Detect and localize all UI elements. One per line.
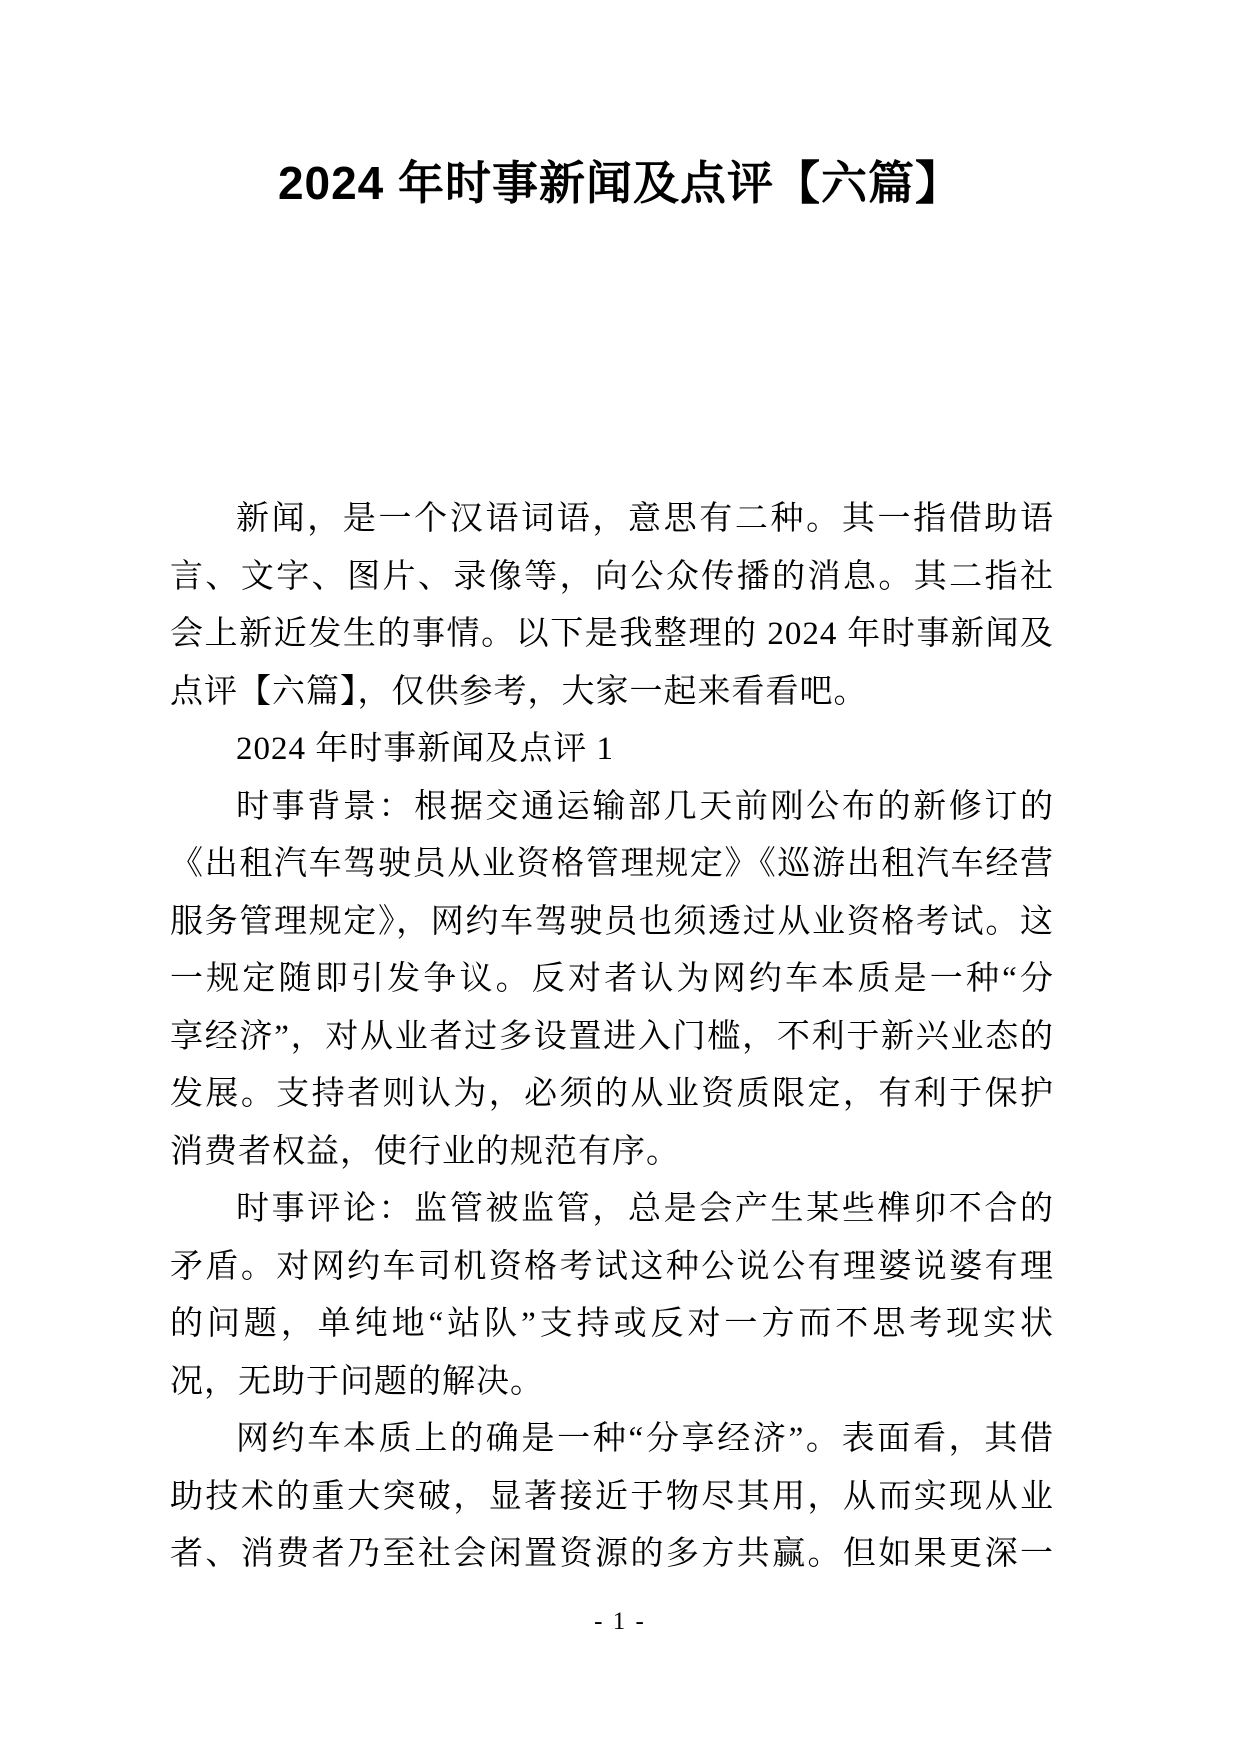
text-line: 会上新近发生的事情。以下是我整理的 2024 年时事新闻及 — [170, 606, 1054, 664]
text-line section-heading: 2024 年时事新闻及点评 1 — [170, 721, 1054, 779]
document-title: 2024 年时事新闻及点评【六篇】 — [0, 152, 1240, 214]
text-line: 点评【六篇】，仅供参考，大家一起来看看吧。 — [170, 664, 1054, 722]
page-number: - 1 - — [0, 1608, 1240, 1636]
text-line: 网约车本质上的确是一种“分享经济”。表面看，其借 — [170, 1411, 1054, 1469]
text-line: 言、文字、图片、录像等，向公众传播的消息。其二指社 — [170, 549, 1054, 607]
text-line: 一规定随即引发争议。反对者认为网约车本质是一种“分 — [170, 951, 1054, 1009]
text-line: 助技术的重大突破，显著接近于物尽其用，从而实现从业 — [170, 1469, 1054, 1527]
text-line: 矛盾。对网约车司机资格考试这种公说公有理婆说婆有理 — [170, 1239, 1054, 1297]
text-line: 的问题，单纯地“站队”支持或反对一方而不思考现实状 — [170, 1296, 1054, 1354]
text-line: 时事背景：根据交通运输部几天前刚公布的新修订的 — [170, 779, 1054, 837]
text-line: 发展。支持者则认为，必须的从业资质限定，有利于保护 — [170, 1066, 1054, 1124]
text-line: 况，无助于问题的解决。 — [170, 1354, 1054, 1412]
text-line: 享经济”，对从业者过多设置进入门槛，不利于新兴业态的 — [170, 1009, 1054, 1067]
text-line: 时事评论：监管被监管，总是会产生某些榫卯不合的 — [170, 1181, 1054, 1239]
text-line: 《出租汽车驾驶员从业资格管理规定》《巡游出租汽车经营 — [170, 836, 1054, 894]
document-page: 2024 年时事新闻及点评【六篇】 新闻，是一个汉语词语，意思有二种。其一指借助… — [0, 0, 1240, 1753]
document-body: 新闻，是一个汉语词语，意思有二种。其一指借助语 言、文字、图片、录像等，向公众传… — [170, 491, 1054, 1584]
text-line: 者、消费者乃至社会闲置资源的多方共赢。但如果更深一 — [170, 1526, 1054, 1584]
text-line: 新闻，是一个汉语词语，意思有二种。其一指借助语 — [170, 491, 1054, 549]
text-line: 服务管理规定》，网约车驾驶员也须透过从业资格考试。这 — [170, 894, 1054, 952]
text-line: 消费者权益，使行业的规范有序。 — [170, 1124, 1054, 1182]
